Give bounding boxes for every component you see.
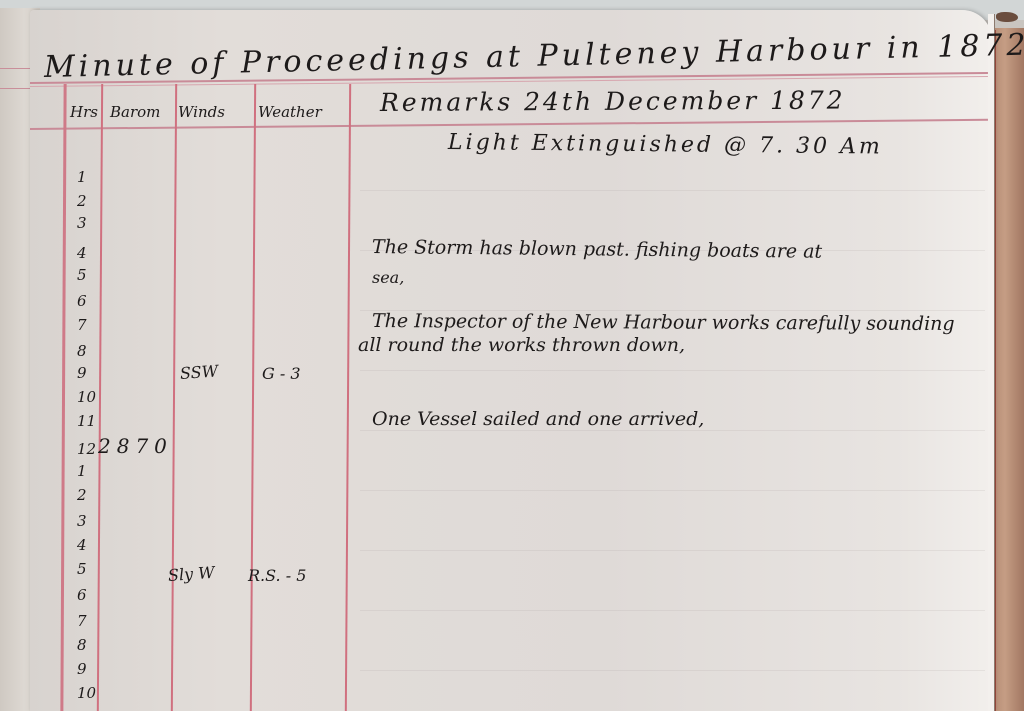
- hour-label: 1: [77, 168, 99, 186]
- barometer-reading: 2870: [98, 434, 173, 458]
- remark-line: One Vessel sailed and one arrived,: [372, 408, 704, 430]
- remark-line: sea,: [372, 268, 404, 287]
- hour-label: 10: [77, 388, 99, 406]
- remark-line: The Storm has blown past. fishing boats …: [372, 236, 822, 263]
- weather-entry: R.S. - 5: [248, 566, 306, 585]
- hour-label: 10: [77, 684, 99, 702]
- hour-label: 2: [77, 486, 99, 504]
- remark-line: all round the works thrown down,: [358, 334, 685, 356]
- hour-label: 6: [77, 586, 99, 604]
- weather-entry: G - 3: [262, 364, 301, 383]
- remark-light-extinguished: Light Extinguished @ 7. 30 Am: [448, 130, 883, 160]
- hour-label: 3: [77, 214, 99, 232]
- hour-label: 9: [77, 364, 99, 382]
- column-header-weather: Weather: [258, 103, 322, 121]
- wind-entry: SSW: [179, 361, 218, 383]
- wind-entry: Sly W: [167, 563, 215, 585]
- hour-label: 6: [77, 292, 99, 310]
- cover-edge: [994, 30, 1024, 711]
- column-header-remarks: Remarks 24th December 1872: [380, 86, 846, 117]
- column-header-winds: Winds: [178, 103, 225, 121]
- hour-label: 7: [77, 316, 99, 334]
- column-header-barometer: Barom: [110, 103, 160, 121]
- column-header-hours: Hrs: [70, 103, 98, 121]
- hour-label: 8: [77, 342, 99, 360]
- hour-label: 1: [77, 462, 99, 480]
- remark-line: The Inspector of the New Harbour works c…: [372, 310, 955, 335]
- page-edge: [988, 14, 995, 711]
- hour-label: 8: [77, 636, 99, 654]
- hour-label: 9: [77, 660, 99, 678]
- hour-label: 4: [77, 536, 99, 554]
- debris: [996, 12, 1018, 22]
- hour-label: 11: [77, 412, 99, 430]
- hour-label: 12: [77, 440, 99, 458]
- hour-label: 5: [77, 266, 99, 284]
- hour-label: 2: [77, 192, 99, 210]
- hour-label: 7: [77, 612, 99, 630]
- hour-label: 4: [77, 244, 99, 262]
- hour-label: 5: [77, 560, 99, 578]
- hour-label: 3: [77, 512, 99, 530]
